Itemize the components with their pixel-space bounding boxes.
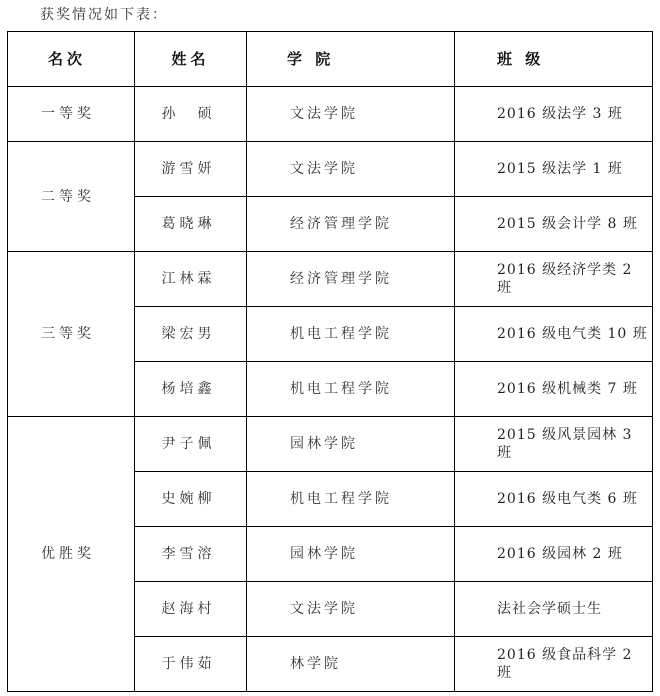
college-cell: 园林学院 — [247, 417, 455, 472]
header-name: 姓名 — [135, 32, 247, 87]
rank-cell-honorable: 优胜奖 — [8, 417, 135, 692]
header-class: 班 级 — [455, 32, 653, 87]
table-row: 二等奖 游雪妍 文法学院 2015 级法学 1 班 — [8, 142, 653, 197]
college-cell: 机电工程学院 — [247, 362, 455, 417]
name-cell: 梁宏男 — [135, 307, 247, 362]
class-cell: 2016 级电气类 6 班 — [455, 472, 653, 527]
table-row: 三等奖 江林霖 经济管理学院 2016 级经济学类 2 班 — [8, 252, 653, 307]
class-cell: 2016 级机械类 7 班 — [455, 362, 653, 417]
class-cell: 法社会学硕士生 — [455, 582, 653, 637]
college-cell: 园林学院 — [247, 527, 455, 582]
table-row: 优胜奖 尹子佩 园林学院 2015 级风景园林 3 班 — [8, 417, 653, 472]
name-cell: 游雪妍 — [135, 142, 247, 197]
name-cell: 于伟茹 — [135, 637, 247, 692]
class-cell: 2015 级会计学 8 班 — [455, 197, 653, 252]
class-cell: 2016 级电气类 10 班 — [455, 307, 653, 362]
class-cell: 2015 级风景园林 3 班 — [455, 417, 653, 472]
name-cell: 江林霖 — [135, 252, 247, 307]
class-cell: 2016 级经济学类 2 班 — [455, 252, 653, 307]
name-cell: 葛晓琳 — [135, 197, 247, 252]
name-cell: 杨培鑫 — [135, 362, 247, 417]
class-cell: 2016 级食品科学 2 班 — [455, 637, 653, 692]
name-cell: 李雪溶 — [135, 527, 247, 582]
rank-cell-first: 一等奖 — [8, 87, 135, 142]
name-cell: 史婉柳 — [135, 472, 247, 527]
college-cell: 文法学院 — [247, 87, 455, 142]
college-cell: 文法学院 — [247, 582, 455, 637]
college-cell: 经济管理学院 — [247, 197, 455, 252]
rank-cell-second: 二等奖 — [8, 142, 135, 252]
class-cell: 2016 级法学 3 班 — [455, 87, 653, 142]
rank-cell-third: 三等奖 — [8, 252, 135, 417]
table-row: 一等奖 孙 硕 文法学院 2016 级法学 3 班 — [8, 87, 653, 142]
class-cell: 2016 级园林 2 班 — [455, 527, 653, 582]
college-cell: 林学院 — [247, 637, 455, 692]
name-cell: 赵海村 — [135, 582, 247, 637]
college-cell: 机电工程学院 — [247, 307, 455, 362]
table-header-row: 名次 姓名 学 院 班 级 — [8, 32, 653, 87]
awards-table: 名次 姓名 学 院 班 级 一等奖 孙 硕 文法学院 2016 级法学 3 班 … — [7, 31, 653, 692]
college-cell: 文法学院 — [247, 142, 455, 197]
header-rank: 名次 — [8, 32, 135, 87]
college-cell: 经济管理学院 — [247, 252, 455, 307]
class-cell: 2015 级法学 1 班 — [455, 142, 653, 197]
intro-text: 获奖情况如下表： — [40, 6, 168, 24]
college-cell: 机电工程学院 — [247, 472, 455, 527]
name-cell: 尹子佩 — [135, 417, 247, 472]
name-cell: 孙 硕 — [135, 87, 247, 142]
header-college: 学 院 — [247, 32, 455, 87]
